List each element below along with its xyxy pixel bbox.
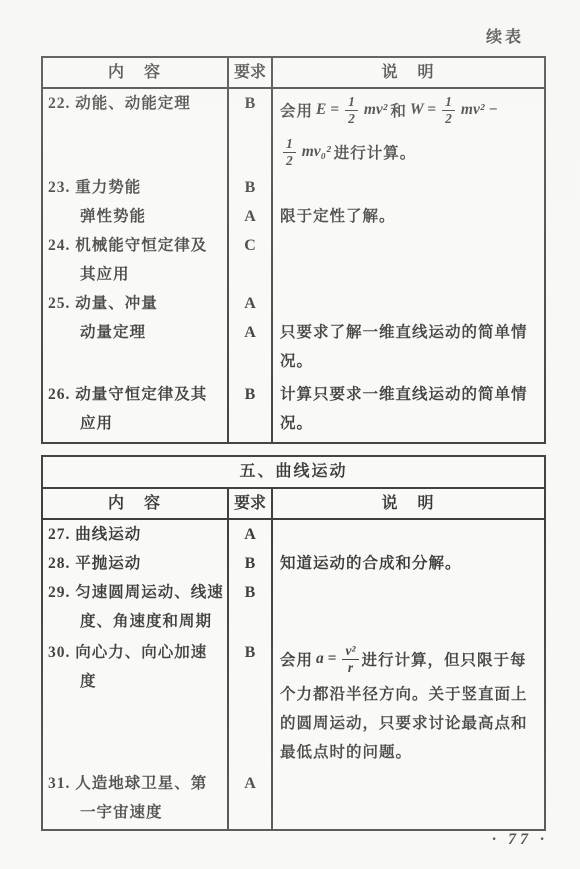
content-line: 29. 匀速圆周运动、线速 bbox=[43, 578, 227, 607]
formula-variable: a = bbox=[316, 650, 336, 668]
explanation-column-header: 说 明 bbox=[273, 489, 544, 518]
requirement-level: B bbox=[229, 578, 271, 607]
requirement-cell: B bbox=[229, 578, 273, 638]
content-line: 度、角速度和周期 bbox=[43, 607, 227, 636]
requirement-cell: A bbox=[229, 520, 273, 549]
explanation-cell: 会用 E = 12 mv² 和 W = 12 mv² − 12 mv₀² 进行计… bbox=[273, 89, 544, 173]
explanation-cell: 计算只要求一维直线运动的简单情 况。 bbox=[273, 380, 544, 442]
fraction-numerator: 1 bbox=[442, 94, 455, 111]
requirement-level: B bbox=[229, 549, 271, 578]
fraction: 12 bbox=[442, 94, 455, 126]
table-row-31: 31. 人造地球卫星、第 一宇宙速度 A bbox=[43, 769, 544, 829]
content-line: 动量定理 bbox=[43, 318, 227, 347]
formula-line: 会用 E = 12 mv² 和 W = 12 mv² − bbox=[273, 89, 544, 131]
formula-text: 进行计算。 bbox=[334, 141, 417, 163]
requirement-level: B bbox=[229, 173, 271, 202]
fraction-numerator: 1 bbox=[283, 136, 296, 153]
continued-table-label: 续表 bbox=[486, 24, 524, 47]
content-line: 应用 bbox=[43, 409, 227, 438]
requirement-cell: B bbox=[229, 173, 273, 202]
formula-text: 进行计算，但只限于每 bbox=[362, 648, 527, 670]
table-row-30: 30. 向心力、向心加速 度 B 会用 a = v²r 进行计算，但只限于每 个… bbox=[43, 638, 544, 769]
requirement-cell: B bbox=[229, 380, 273, 442]
requirement-level: B bbox=[229, 638, 271, 667]
table-row-22: 22. 动能、动能定理 B 会用 E = 12 mv² 和 W = 12 mv²… bbox=[43, 89, 544, 173]
explanation-line: 计算只要求一维直线运动的简单情 bbox=[273, 380, 544, 409]
table-row-25a: 25. 动量、冲量 A bbox=[43, 289, 544, 318]
explanation-line: 的圆周运动，只要求讨论最高点和 bbox=[273, 709, 544, 738]
fraction: v²r bbox=[342, 643, 358, 675]
formula-line: 12 mv₀² 进行计算。 bbox=[273, 131, 544, 173]
requirement-cell: A bbox=[229, 289, 273, 318]
explanation-cell bbox=[273, 769, 544, 829]
fraction-numerator: v² bbox=[342, 643, 358, 660]
content-line: 27. 曲线运动 bbox=[43, 520, 227, 549]
content-line: 其应用 bbox=[43, 260, 227, 289]
content-cell: 25. 动量、冲量 bbox=[43, 289, 229, 318]
requirement-column-header: 要求 bbox=[229, 489, 273, 518]
explanation-line: 最低点时的问题。 bbox=[273, 738, 544, 767]
requirement-level: A bbox=[229, 318, 271, 347]
requirement-cell: B bbox=[229, 549, 273, 578]
content-cell: 31. 人造地球卫星、第 一宇宙速度 bbox=[43, 769, 229, 829]
formula-variable: mv² − bbox=[461, 101, 498, 119]
formula-text: 和 bbox=[390, 99, 407, 121]
requirement-cell: C bbox=[229, 231, 273, 289]
content-line: 一宇宙速度 bbox=[43, 798, 227, 827]
content-cell: 动量定理 bbox=[43, 318, 229, 380]
content-line: 26. 动量守恒定律及其 bbox=[43, 380, 227, 409]
fraction-denominator: 2 bbox=[345, 111, 358, 127]
requirement-level: A bbox=[229, 289, 271, 318]
requirement-cell: B bbox=[229, 638, 273, 769]
scanned-document-page: 续表 内 容 要求 说 明 22. 动能、动能定理 B 会用 E = 12 mv… bbox=[0, 0, 580, 869]
table-row-29: 29. 匀速圆周运动、线速 度、角速度和周期 B bbox=[43, 578, 544, 638]
explanation-line: 况。 bbox=[273, 409, 544, 438]
content-cell: 28. 平抛运动 bbox=[43, 549, 229, 578]
explanation-cell bbox=[273, 231, 544, 289]
explanation-cell bbox=[273, 173, 544, 202]
content-line: 25. 动量、冲量 bbox=[43, 289, 227, 318]
content-cell: 26. 动量守恒定律及其 应用 bbox=[43, 380, 229, 442]
syllabus-table-upper: 内 容 要求 说 明 22. 动能、动能定理 B 会用 E = 12 mv² 和… bbox=[41, 56, 546, 444]
table-row-23a: 23. 重力势能 B bbox=[43, 173, 544, 202]
explanation-line: 限于定性了解。 bbox=[273, 202, 544, 231]
content-cell: 27. 曲线运动 bbox=[43, 520, 229, 549]
table-row-28: 28. 平抛运动 B 知道运动的合成和分解。 bbox=[43, 549, 544, 578]
content-cell: 弹性势能 bbox=[43, 202, 229, 231]
content-cell: 24. 机械能守恒定律及 其应用 bbox=[43, 231, 229, 289]
explanation-line: 知道运动的合成和分解。 bbox=[273, 549, 544, 578]
content-line: 28. 平抛运动 bbox=[43, 549, 227, 578]
formula-variable: mv² bbox=[364, 101, 388, 119]
content-cell: 22. 动能、动能定理 bbox=[43, 89, 229, 173]
table-header-row: 内 容 要求 说 明 bbox=[43, 489, 544, 520]
requirement-cell: A bbox=[229, 202, 273, 231]
fraction: 12 bbox=[283, 136, 296, 168]
requirement-level: C bbox=[229, 231, 271, 260]
table-row-25b: 动量定理 A 只要求了解一维直线运动的简单情 况。 bbox=[43, 318, 544, 380]
table-row-23b: 弹性势能 A 限于定性了解。 bbox=[43, 202, 544, 231]
content-line: 30. 向心力、向心加速 bbox=[43, 638, 227, 667]
fraction-numerator: 1 bbox=[345, 94, 358, 111]
requirement-cell: A bbox=[229, 769, 273, 829]
content-line: 弹性势能 bbox=[43, 202, 227, 231]
explanation-cell: 知道运动的合成和分解。 bbox=[273, 549, 544, 578]
explanation-line: 只要求了解一维直线运动的简单情 bbox=[273, 318, 544, 347]
explanation-line: 个力都沿半径方向。关于竖直面上 bbox=[273, 680, 544, 709]
content-column-header: 内 容 bbox=[43, 58, 229, 87]
content-line: 度 bbox=[43, 667, 227, 696]
requirement-level: A bbox=[229, 769, 271, 798]
table-row-26: 26. 动量守恒定律及其 应用 B 计算只要求一维直线运动的简单情 况。 bbox=[43, 380, 544, 442]
explanation-cell: 只要求了解一维直线运动的简单情 况。 bbox=[273, 318, 544, 380]
table-row-27: 27. 曲线运动 A bbox=[43, 520, 544, 549]
content-line: 24. 机械能守恒定律及 bbox=[43, 231, 227, 260]
formula-variable: mv₀² bbox=[302, 143, 331, 161]
explanation-cell bbox=[273, 289, 544, 318]
formula-variable: W = bbox=[410, 101, 436, 119]
explanation-cell bbox=[273, 520, 544, 549]
fraction: 12 bbox=[345, 94, 358, 126]
content-column-header: 内 容 bbox=[43, 489, 229, 518]
fraction-denominator: 2 bbox=[442, 111, 455, 127]
page-number: · 77 · bbox=[492, 831, 548, 849]
section-title: 五、曲线运动 bbox=[43, 457, 544, 489]
formula-line: 会用 a = v²r 进行计算，但只限于每 bbox=[273, 638, 544, 680]
explanation-cell bbox=[273, 578, 544, 638]
requirement-column-header: 要求 bbox=[229, 58, 273, 87]
content-line: 23. 重力势能 bbox=[43, 173, 227, 202]
table-header-row: 内 容 要求 说 明 bbox=[43, 58, 544, 89]
requirement-cell: A bbox=[229, 318, 273, 380]
fraction-denominator: r bbox=[345, 660, 356, 676]
formula-text: 会用 bbox=[280, 99, 313, 121]
content-line: 31. 人造地球卫星、第 bbox=[43, 769, 227, 798]
requirement-level: B bbox=[229, 380, 271, 409]
table-row-24: 24. 机械能守恒定律及 其应用 C bbox=[43, 231, 544, 289]
requirement-cell: B bbox=[229, 89, 273, 173]
requirement-level: A bbox=[229, 202, 271, 231]
content-cell: 30. 向心力、向心加速 度 bbox=[43, 638, 229, 769]
fraction-denominator: 2 bbox=[283, 153, 296, 169]
content-cell: 23. 重力势能 bbox=[43, 173, 229, 202]
formula-text: 会用 bbox=[280, 648, 313, 670]
requirement-level: B bbox=[229, 89, 271, 118]
explanation-line: 况。 bbox=[273, 347, 544, 376]
content-line: 22. 动能、动能定理 bbox=[43, 89, 227, 118]
content-cell: 29. 匀速圆周运动、线速 度、角速度和周期 bbox=[43, 578, 229, 638]
explanation-cell: 会用 a = v²r 进行计算，但只限于每 个力都沿半径方向。关于竖直面上 的圆… bbox=[273, 638, 544, 769]
requirement-level: A bbox=[229, 520, 271, 549]
formula-variable: E = bbox=[316, 101, 339, 119]
explanation-column-header: 说 明 bbox=[273, 58, 544, 87]
explanation-cell: 限于定性了解。 bbox=[273, 202, 544, 231]
syllabus-table-lower: 五、曲线运动 内 容 要求 说 明 27. 曲线运动 A 28. 平抛运动 B bbox=[41, 455, 546, 831]
